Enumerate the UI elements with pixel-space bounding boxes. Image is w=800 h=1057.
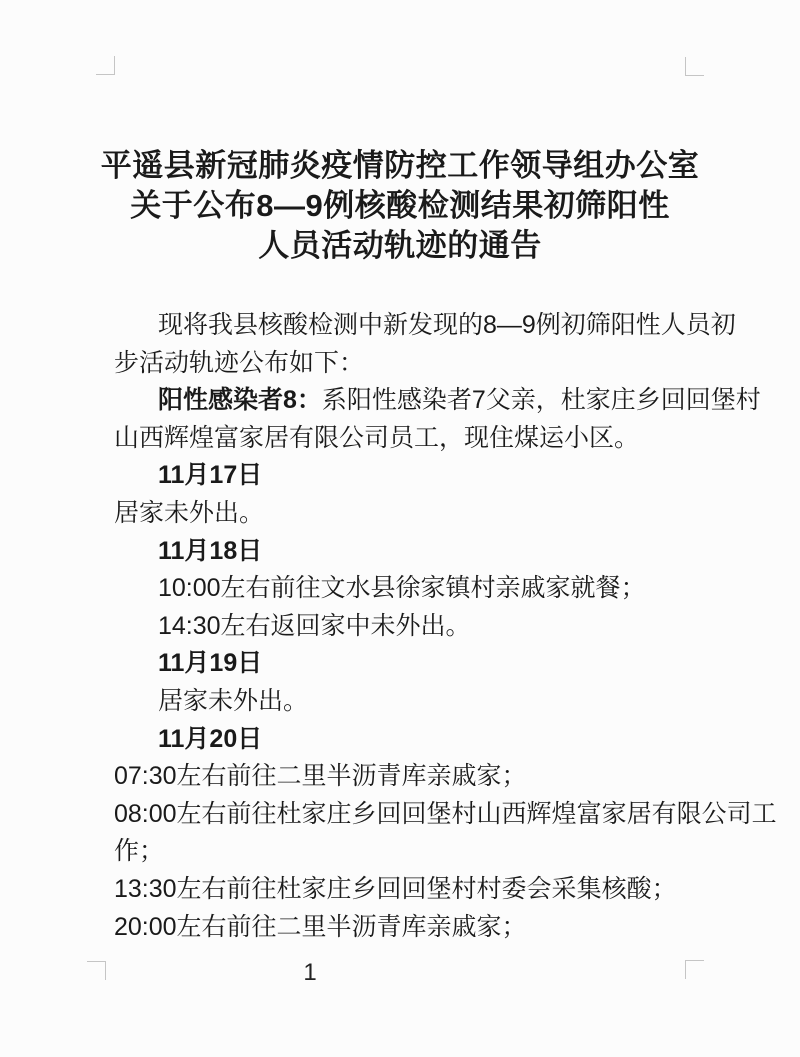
body-line: 10:00左右前往文水县徐家镇村亲戚家就餐； (114, 570, 777, 608)
body-line: 11月18日 (114, 533, 777, 571)
body-line: 11月19日 (114, 645, 777, 683)
body-line: 步活动轨迹公布如下： (114, 345, 777, 383)
body-line-segment: 居家未外出。 (158, 687, 308, 715)
margin-corner-mark-bottom-right (685, 960, 704, 979)
body-line: 07:30左右前往二里半沥青库亲戚家； (114, 758, 777, 796)
body-line-segment: 山西辉煌富家居有限公司员工，现住煤运小区。 (114, 424, 639, 452)
title-line: 平遥县新冠肺炎疫情防控工作领导组办公室 (0, 146, 800, 186)
body-line: 11月17日 (114, 457, 777, 495)
body-line: 阳性感染者8：系阳性感染者7父亲，杜家庄乡回回堡村 (114, 382, 777, 420)
title-line: 关于公布8—9例核酸检测结果初筛阳性 (0, 186, 800, 226)
body-line-bold-segment: 阳性感染者8： (158, 386, 322, 414)
body-line-bold-segment: 11月19日 (158, 649, 262, 677)
body-line: 13:30左右前往杜家庄乡回回堡村村委会采集核酸； (114, 871, 777, 909)
body-line-segment: 现将我县核酸检测中新发现的8—9例初筛阳性人员初 (158, 311, 736, 339)
body-line-segment: 步活动轨迹公布如下： (114, 349, 364, 377)
body-line-bold-segment: 11月17日 (158, 461, 262, 489)
body-line: 山西辉煌富家居有限公司员工，现住煤运小区。 (114, 420, 777, 458)
document-page: 平遥县新冠肺炎疫情防控工作领导组办公室关于公布8—9例核酸检测结果初筛阳性人员活… (0, 0, 800, 1057)
body-line-bold-segment: 11月18日 (158, 537, 262, 565)
body-line: 居家未外出。 (114, 495, 777, 533)
body-line-segment: 系阳性感染者7父亲，杜家庄乡回回堡村 (322, 386, 761, 414)
body-line: 11月20日 (114, 721, 777, 759)
body-line-segment: 20:00左右前往二里半沥青库亲戚家； (114, 913, 527, 941)
margin-corner-mark-bottom-left (87, 961, 106, 980)
page-number: 1 (250, 959, 370, 987)
notice-body: 现将我县核酸检测中新发现的8—9例初筛阳性人员初步活动轨迹公布如下：阳性感染者8… (114, 307, 777, 946)
body-line: 居家未外出。 (114, 683, 777, 721)
body-line-bold-segment: 11月20日 (158, 725, 262, 753)
title-line: 人员活动轨迹的通告 (0, 226, 800, 266)
body-line-segment: 10:00左右前往文水县徐家镇村亲戚家就餐； (158, 574, 646, 602)
notice-title: 平遥县新冠肺炎疫情防控工作领导组办公室关于公布8—9例核酸检测结果初筛阳性人员活… (0, 146, 800, 266)
body-line-segment: 07:30左右前往二里半沥青库亲戚家； (114, 762, 527, 790)
body-line: 现将我县核酸检测中新发现的8—9例初筛阳性人员初 (114, 307, 777, 345)
body-line-segment: 居家未外出。 (114, 499, 264, 527)
body-line-segment: 作； (114, 837, 164, 865)
body-line: 20:00左右前往二里半沥青库亲戚家； (114, 909, 777, 947)
body-line-segment: 08:00左右前往杜家庄乡回回堡村山西辉煌富家居有限公司工 (114, 800, 777, 828)
body-line-segment: 14:30左右返回家中未外出。 (158, 612, 471, 640)
margin-corner-mark-top-left (96, 56, 115, 75)
body-line-segment: 13:30左右前往杜家庄乡回回堡村村委会采集核酸； (114, 875, 677, 903)
margin-corner-mark-top-right (685, 57, 704, 76)
body-line: 作； (114, 833, 777, 871)
body-line: 14:30左右返回家中未外出。 (114, 608, 777, 646)
body-line: 08:00左右前往杜家庄乡回回堡村山西辉煌富家居有限公司工 (114, 796, 777, 834)
